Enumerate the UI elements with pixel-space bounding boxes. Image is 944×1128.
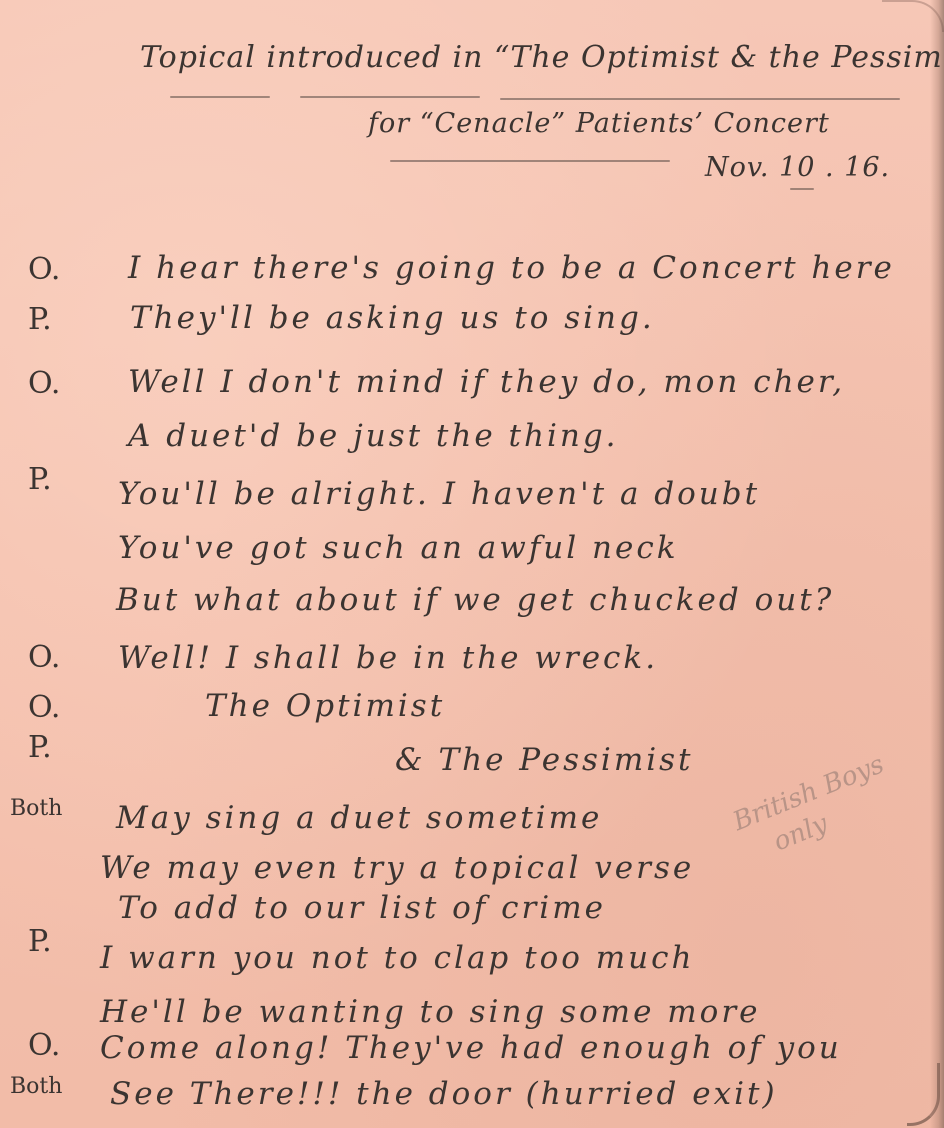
speaker-label: P.: [28, 730, 52, 765]
lyric-line: We may even try a topical verse: [100, 850, 694, 886]
lyric-line: May sing a duet sometime: [116, 800, 602, 836]
title-underline: [170, 96, 270, 98]
lyric-line: They'll be asking us to sing.: [130, 300, 655, 336]
speaker-label: O.: [28, 366, 60, 401]
lyric-line: A duet'd be just the thing.: [128, 418, 619, 454]
speaker-label: O.: [28, 690, 60, 725]
speaker-label: Both: [10, 796, 62, 821]
speaker-label: Both: [10, 1074, 62, 1099]
lyric-line: To add to our list of crime: [118, 890, 606, 926]
page-edge: [930, 0, 944, 1128]
page-title: Topical introduced in “The Optimist & th…: [140, 40, 944, 75]
lyric-line: Well! I shall be in the wreck.: [118, 640, 658, 676]
lyric-line: You've got such an awful neck: [118, 530, 679, 566]
speaker-label: O.: [28, 1028, 60, 1063]
speaker-label: P.: [28, 302, 52, 337]
lyric-line: You'll be alright. I haven't a doubt: [118, 476, 760, 512]
speaker-label: P.: [28, 924, 52, 959]
lyric-line: He'll be wanting to sing some more: [100, 994, 761, 1030]
lyric-line: & The Pessimist: [395, 742, 694, 778]
lyric-line: See There!!! the door (hurried exit): [110, 1076, 778, 1112]
lyric-line: But what about if we get chucked out?: [116, 582, 834, 618]
lyric-line: Well I don't mind if they do, mon cher,: [128, 364, 845, 400]
speaker-label: O.: [28, 640, 60, 675]
subtitle-underline: [390, 160, 670, 162]
title-underline: [500, 98, 900, 100]
notebook-page: Topical introduced in “The Optimist & th…: [0, 0, 944, 1128]
lyric-line: I hear there's going to be a Concert her…: [128, 250, 895, 286]
margin-note: British Boys only: [728, 748, 902, 871]
speaker-label: O.: [28, 252, 60, 287]
lyric-line: Come along! They've had enough of you: [100, 1030, 842, 1066]
title-underline: [300, 96, 480, 98]
lyric-line: The Optimist: [205, 688, 445, 724]
page-date: Nov. 10 . 16.: [705, 152, 890, 183]
date-underline: [790, 188, 814, 190]
lyric-line: I warn you not to clap too much: [100, 940, 694, 976]
page-subtitle: for “Cenacle” Patients’ Concert: [368, 108, 830, 139]
speaker-label: P.: [28, 462, 52, 497]
